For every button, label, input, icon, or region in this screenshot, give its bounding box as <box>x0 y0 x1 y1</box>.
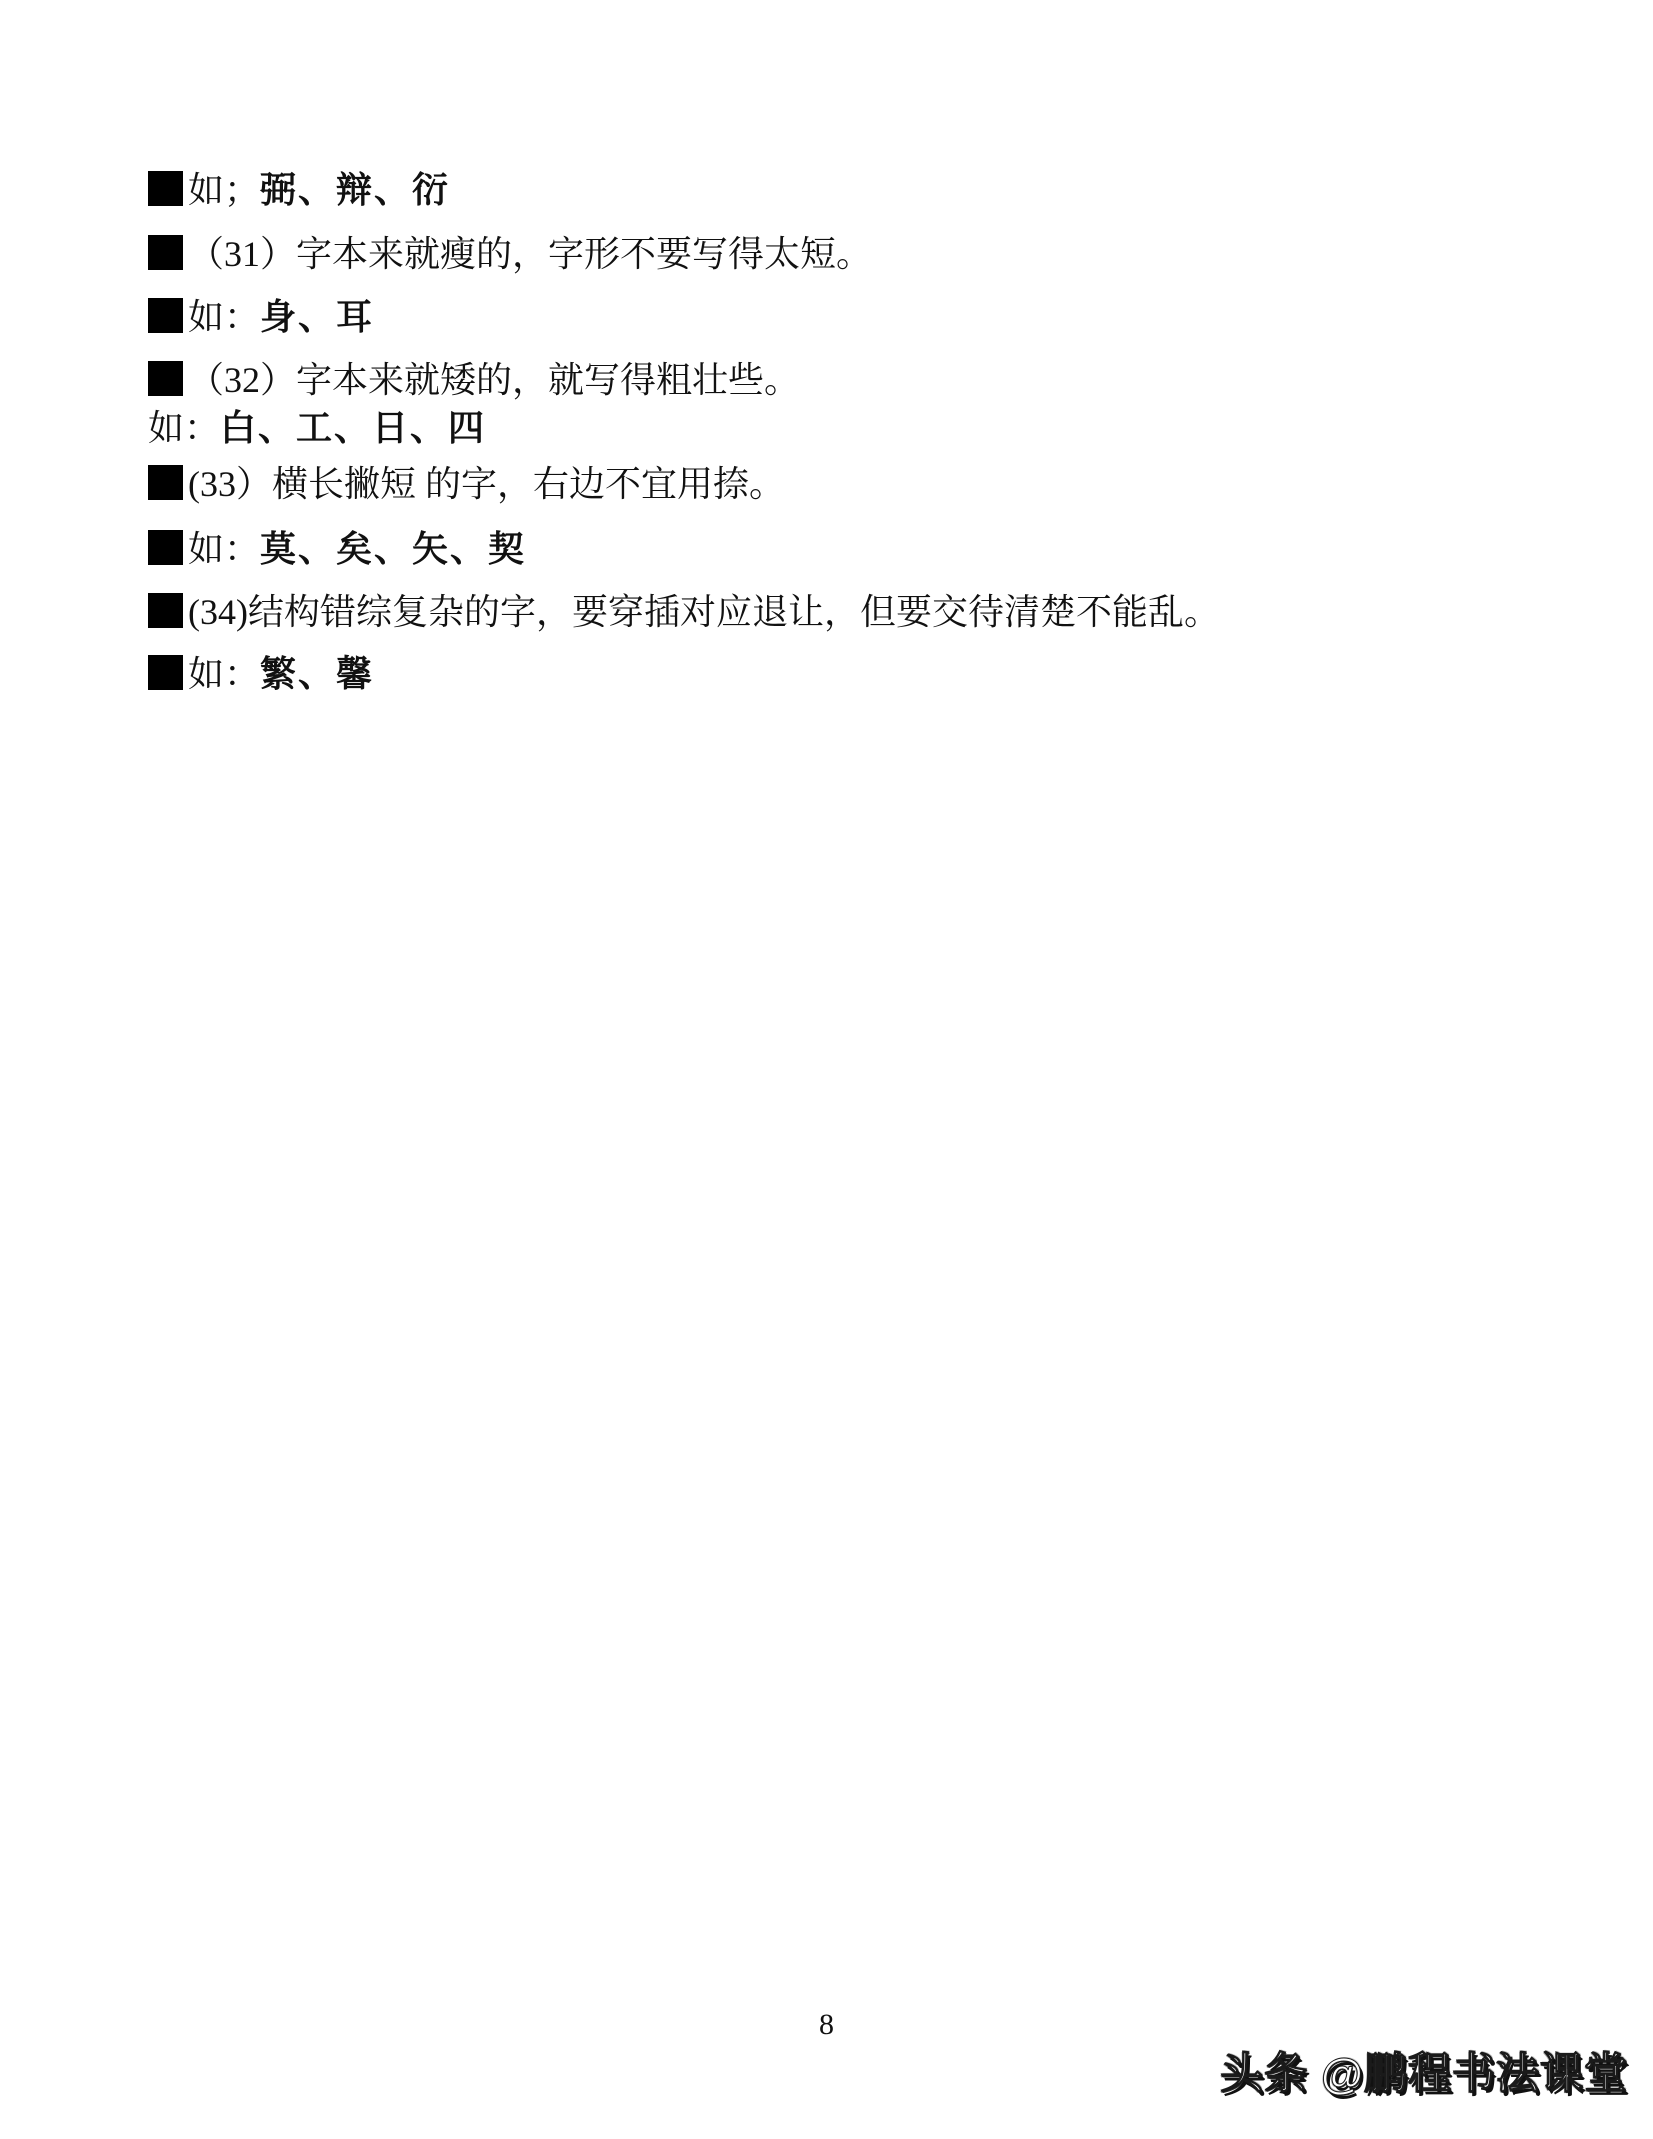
body-text: 如： <box>188 529 260 569</box>
text-line: （31）字本来就瘦的，字形不要写得太短。 <box>148 230 872 278</box>
bullet-square-icon <box>148 465 183 500</box>
text-line: (33）横长撇短 的字，右边不宜用捺。 <box>148 460 785 508</box>
body-text: (33）横长撇短 的字，右边不宜用捺。 <box>188 464 785 504</box>
bullet-square-icon <box>148 171 183 206</box>
text-line: 如：身、耳 <box>148 293 374 341</box>
text-line: 如：莫、矣、矢、契 <box>148 525 526 573</box>
page-number: 8 <box>0 2008 1653 2042</box>
bullet-square-icon <box>148 655 183 690</box>
text-line: 如：繁、馨 <box>148 650 374 698</box>
document-body: 如；弼、辩、衍（31）字本来就瘦的，字形不要写得太短。如：身、耳（32）字本来就… <box>0 0 1653 2139</box>
body-text: 如： <box>188 297 260 337</box>
example-characters: 身、耳 <box>260 296 374 337</box>
example-characters: 莫、矣、矢、契 <box>260 528 526 569</box>
bullet-square-icon <box>148 235 183 270</box>
document-page: 如；弼、辩、衍（31）字本来就瘦的，字形不要写得太短。如：身、耳（32）字本来就… <box>0 0 1653 2139</box>
watermark: 头条 @鹏程书法课堂 <box>1220 2048 1628 2100</box>
bullet-square-icon <box>148 298 183 333</box>
text-line: (34)结构错综复杂的字，要穿插对应退让，但要交待清楚不能乱。 <box>148 588 1220 636</box>
bullet-square-icon <box>148 530 183 565</box>
text-line: （32）字本来就矮的，就写得粗壮些。 <box>148 356 800 404</box>
body-text: 如； <box>188 170 260 210</box>
text-line: 如：白、工、日、四 <box>148 404 486 452</box>
body-text: 如： <box>148 408 220 448</box>
body-text: （31）字本来就瘦的，字形不要写得太短。 <box>188 234 872 274</box>
example-characters: 白、工、日、四 <box>220 407 486 448</box>
bullet-square-icon <box>148 361 183 396</box>
body-text: （32）字本来就矮的，就写得粗壮些。 <box>188 360 800 400</box>
body-text: (34)结构错综复杂的字，要穿插对应退让，但要交待清楚不能乱。 <box>188 592 1220 632</box>
bullet-square-icon <box>148 593 183 628</box>
example-characters: 繁、馨 <box>260 653 374 694</box>
example-characters: 弼、辩、衍 <box>260 169 450 210</box>
body-text: 如： <box>188 654 260 694</box>
text-line: 如；弼、辩、衍 <box>148 166 450 214</box>
